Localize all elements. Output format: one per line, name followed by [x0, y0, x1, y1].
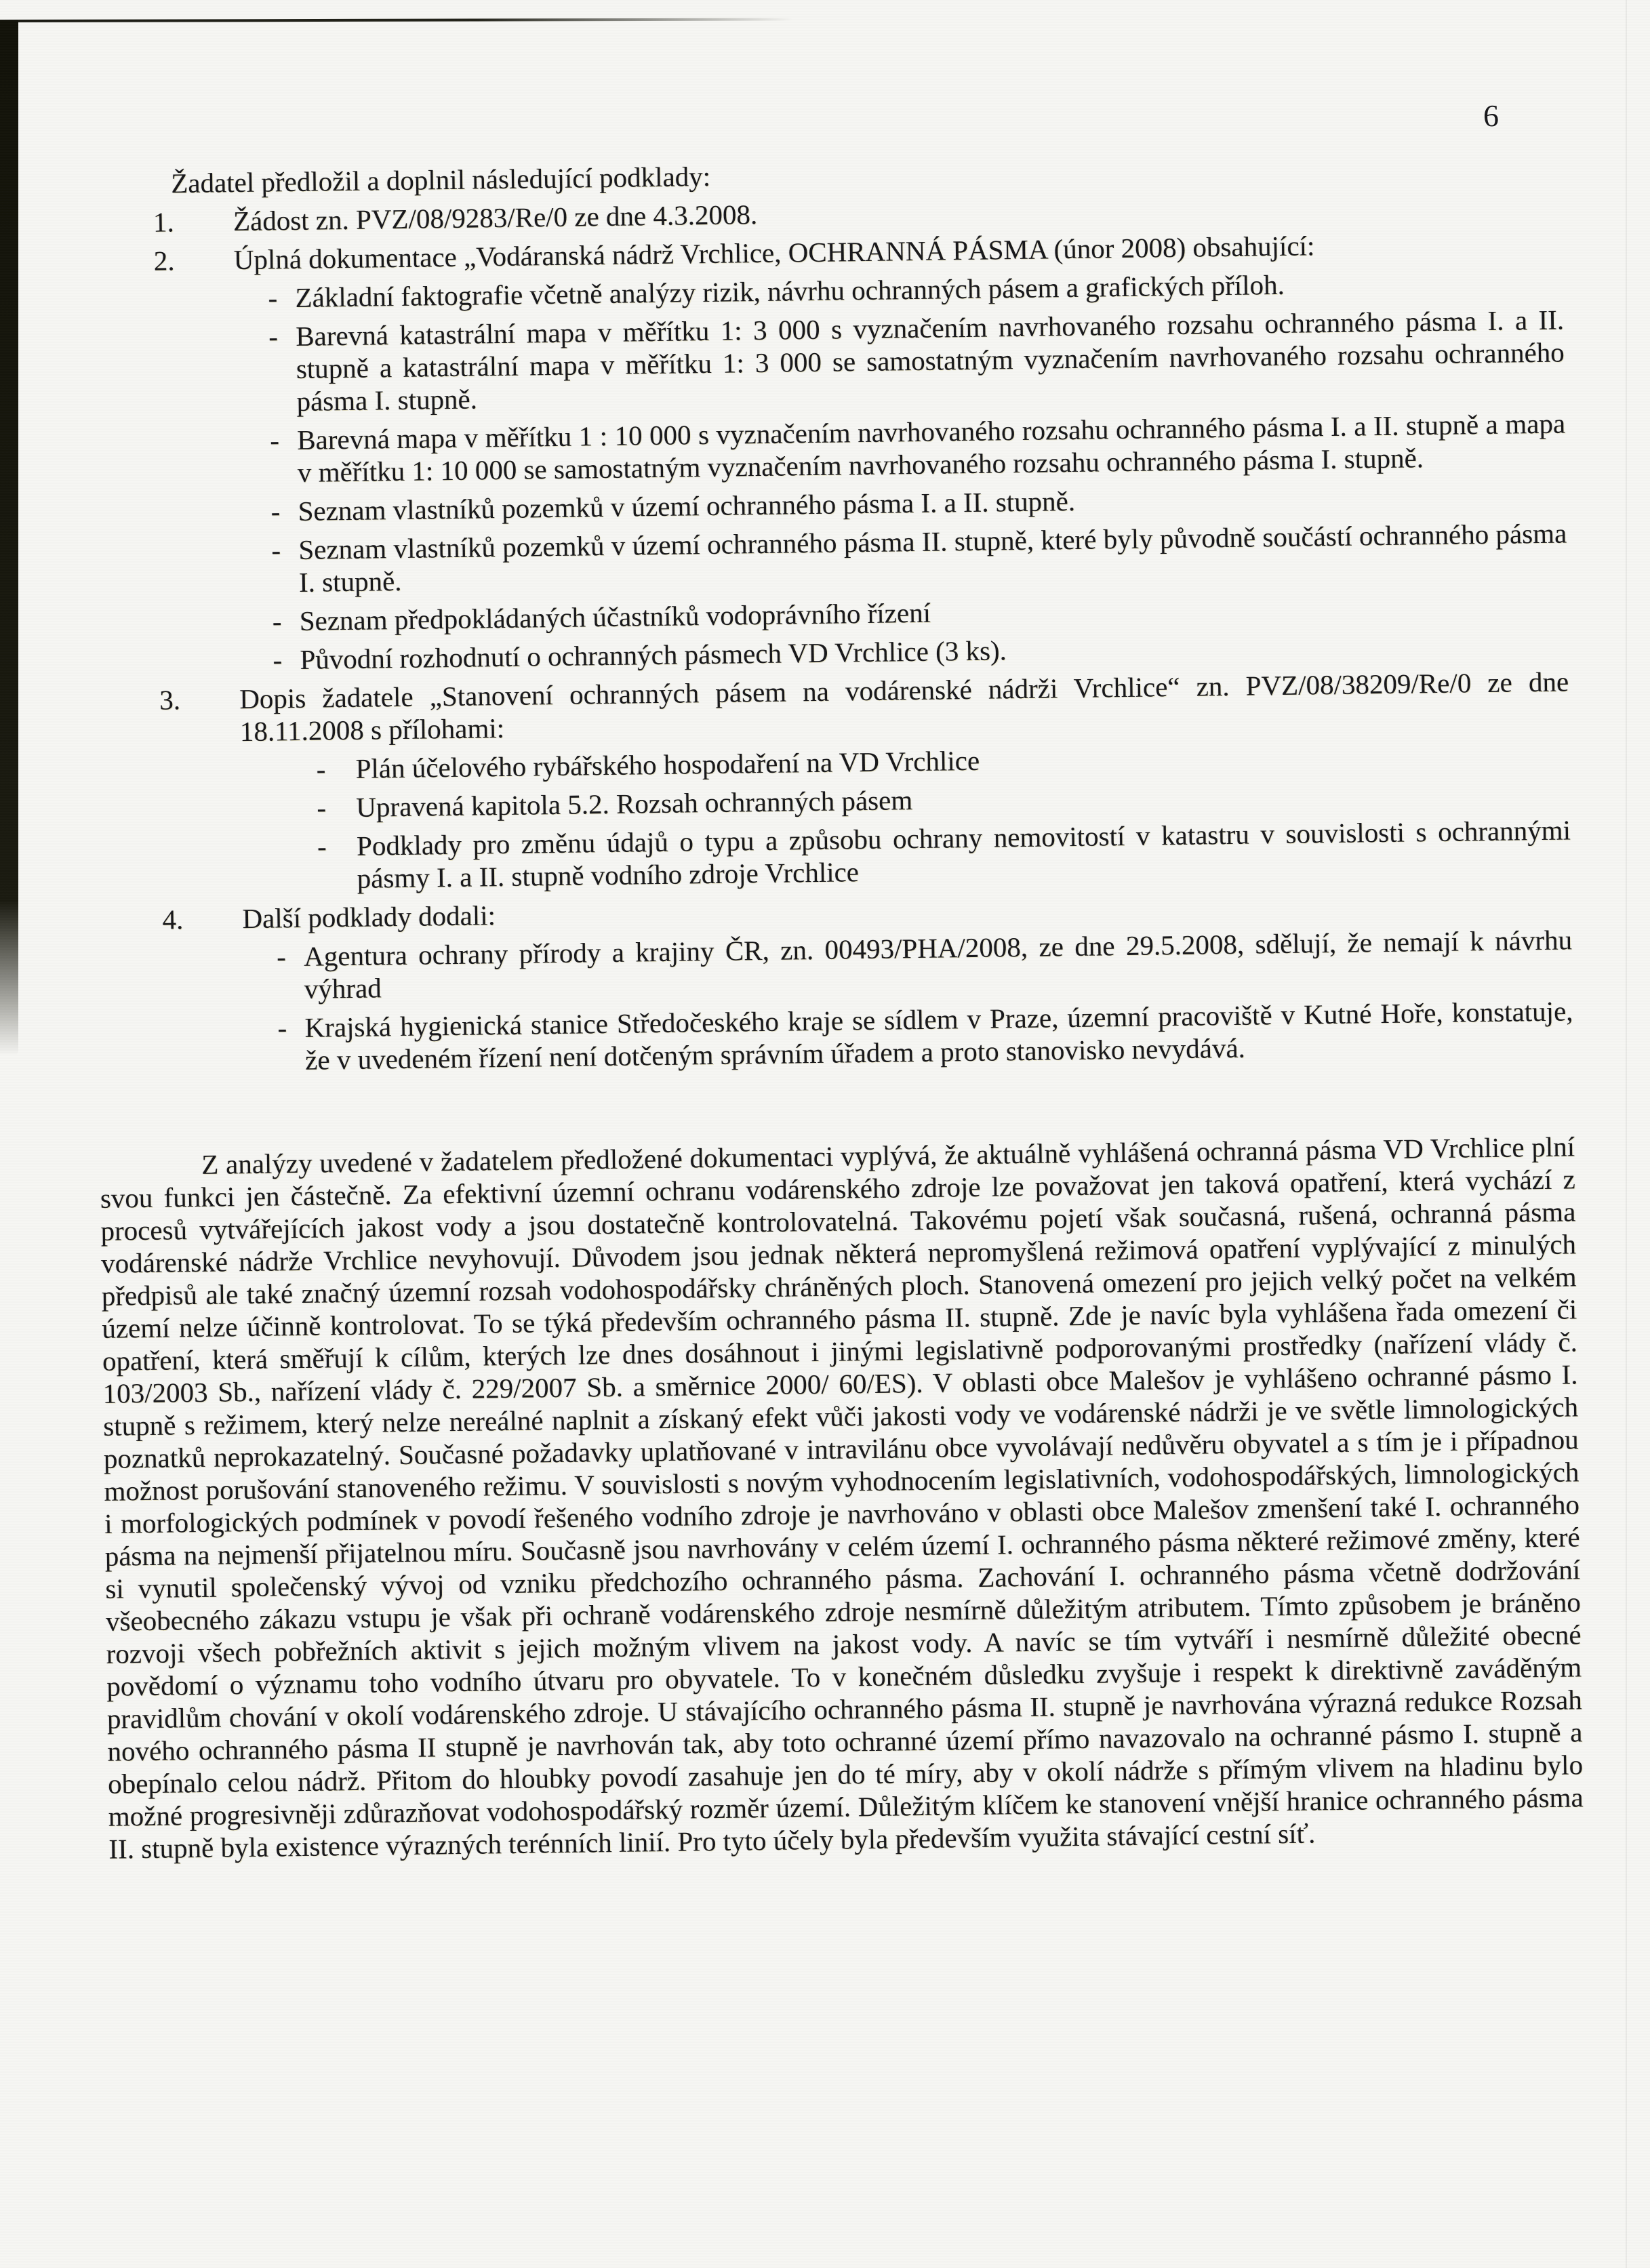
bullet-item: - Barevná katastrální mapa v měřítku 1: … [235, 303, 1565, 418]
bullet-dash: - [271, 533, 299, 599]
item-number: 2. [153, 243, 239, 677]
bullet-dash: - [317, 791, 357, 824]
bullet-dash: - [270, 424, 298, 489]
document-content: Žadatel předložil a doplnil následující … [87, 149, 1584, 1865]
bullet-item: - Podklady pro změnu údajů o typu a způs… [241, 813, 1571, 896]
bullet-dash: - [268, 281, 296, 315]
bullet-item: - Seznam vlastníků pozemků v území ochra… [237, 517, 1567, 599]
bullet-item: - Barevná mapa v měřítku 1 : 10 000 s vy… [236, 407, 1566, 489]
bullet-text: Krajská hygienická stanice Středočeského… [304, 994, 1573, 1076]
bullet-text: Seznam vlastníků pozemků v území ochrann… [298, 517, 1567, 598]
bullet-dash: - [317, 830, 357, 895]
item-number: 3. [159, 683, 242, 897]
bullet-dash: - [272, 605, 300, 638]
bullet-dash: - [268, 320, 297, 418]
bullet-dash: - [277, 940, 304, 1006]
item-body: Dopis žadatele „Stanovení ochranných pás… [239, 665, 1571, 896]
list-item-2: 2. Úplná dokumentace „Vodáranská nádrž V… [87, 226, 1568, 679]
document-page: 6 Žadatel předložil a doplnil následujíc… [0, 0, 1650, 2268]
bullet-text: Podklady pro změnu údajů o typu a způsob… [357, 813, 1571, 894]
bullet-dash: - [273, 643, 300, 676]
item-number: 4. [162, 902, 244, 1078]
list-item-3: 3. Dopis žadatele „Stanovení ochranných … [94, 665, 1571, 897]
item-number: 1. [153, 205, 234, 239]
bullet-dash: - [316, 752, 356, 786]
item-body: Další podklady dodali: - Agentura ochran… [242, 885, 1573, 1077]
bullet-text: Barevná mapa v měřítku 1 : 10 000 s vyzn… [297, 407, 1566, 488]
bullet-dash: - [277, 1011, 305, 1077]
page-number: 6 [1483, 100, 1499, 131]
scan-artifact-left-bar [0, 20, 18, 1056]
scan-artifact-right-crease [1626, 0, 1627, 2268]
bullet-text: Agentura ochrany přírody a krajiny ČR, z… [304, 923, 1573, 1005]
bullet-dash: - [270, 495, 298, 528]
body-paragraph: Z analýzy uvedené v žadatelem předložené… [100, 1130, 1584, 1865]
item-text: Dopis žadatele „Stanovení ochranných pás… [239, 665, 1569, 748]
item-body: Úplná dokumentace „Vodáranská nádrž Vrch… [233, 226, 1568, 677]
bullet-item: - Agentura ochrany přírody a krajiny ČR,… [243, 923, 1573, 1006]
scan-artifact-top-line [0, 18, 793, 22]
bullet-item: - Krajská hygienická stanice Středočeské… [243, 994, 1573, 1077]
bullet-text: Barevná katastrální mapa v měřítku 1: 3 … [296, 303, 1565, 417]
list-item-4: 4. Další podklady dodali: - Agentura och… [96, 885, 1573, 1078]
